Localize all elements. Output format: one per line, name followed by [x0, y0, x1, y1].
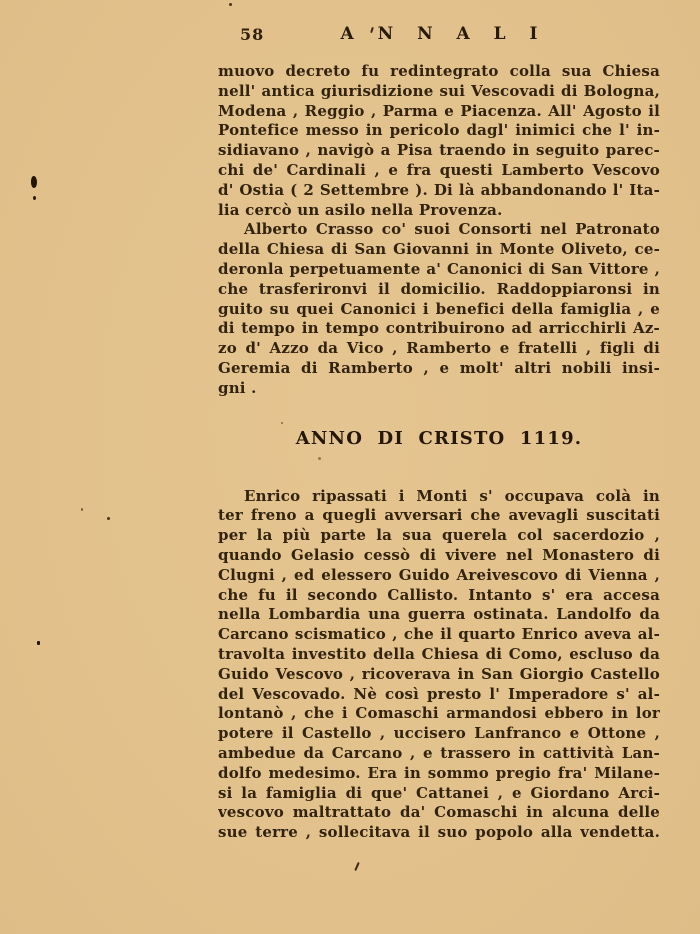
text-line: zo d' Azzo da Vico , Ramberto e fratelli…: [218, 339, 660, 359]
book-page-scan: 58 A N N A L I muovo decreto fu redinteg…: [0, 0, 700, 934]
ink-speck: [229, 3, 232, 6]
ink-speck: [354, 862, 359, 871]
paragraph-anno-1119: Enrico ripassati i Monti s' occupava col…: [218, 487, 660, 843]
text-line: Modena , Reggio , Parma e Piacenza. All'…: [218, 102, 660, 122]
ink-speck: [37, 641, 40, 645]
text-line: gni .: [218, 379, 660, 399]
text-line: Carcano scismatico , che il quarto Enric…: [218, 625, 660, 645]
text-line: sidiavano , navigò a Pisa traendo in seg…: [218, 141, 660, 161]
text-line: ambedue da Carcano , e trassero in catti…: [218, 744, 660, 764]
text-line: d' Ostia ( 2 Settembre ). Di là abbandon…: [218, 181, 660, 201]
text-line: potere il Castello , uccisero Lanfranco …: [218, 724, 660, 744]
text-line: della Chiesa di San Giovanni in Monte Ol…: [218, 240, 660, 260]
text-line: muovo decreto fu redintegrato colla sua …: [218, 62, 660, 82]
text-line: Guido Vescovo , ricoverava in San Giorgi…: [218, 665, 660, 685]
text-line: nella Lombardia una guerra ostinata. Lan…: [218, 605, 660, 625]
text-line: Alberto Crasso co' suoi Consorti nel Pat…: [218, 220, 660, 240]
text-line: nell' antica giurisdizione sui Vescovadi…: [218, 82, 660, 102]
paragraph-continuation: muovo decreto fu redintegrato colla sua …: [218, 62, 660, 220]
text-line: guito su quei Canonici i benefici della …: [218, 300, 660, 320]
text-line: travolta investito della Chiesa di Como,…: [218, 645, 660, 665]
running-title: A N N A L I: [218, 24, 660, 44]
year-heading: ANNO DI CRISTO 1119.: [218, 429, 660, 449]
text-line: dolfo medesimo. Era in sommo pregio fra'…: [218, 764, 660, 784]
text-line: chi de' Cardinali , e fra questi Lambert…: [218, 161, 660, 181]
text-line: che fu il secondo Callisto. Intanto s' e…: [218, 586, 660, 606]
text-line: Pontefice messo in pericolo dagl' inimic…: [218, 121, 660, 141]
ink-speck: [281, 422, 283, 424]
text-line: Geremia di Ramberto , e molt' altri nobi…: [218, 359, 660, 379]
text-line: deronla perpetuamente a' Canonici di San…: [218, 260, 660, 280]
text-line: lia cercò un asilo nella Provenza.: [218, 201, 660, 221]
text-line: del Vescovado. Nè così presto l' Imperad…: [218, 685, 660, 705]
text-line: che trasferironvi il domicilio. Raddoppi…: [218, 280, 660, 300]
ink-speck: [318, 457, 321, 460]
text-line: di tempo in tempo contribuirono ad arric…: [218, 319, 660, 339]
ink-speck: [31, 176, 37, 188]
text-column: muovo decreto fu redintegrato colla sua …: [218, 62, 660, 843]
text-line: si la famiglia di que' Cattanei , e Gior…: [218, 784, 660, 804]
text-line: sue terre , sollecitava il suo popolo al…: [218, 823, 660, 843]
ink-speck: [81, 508, 83, 511]
ink-speck: [33, 196, 36, 200]
text-line: Enrico ripassati i Monti s' occupava col…: [218, 487, 660, 507]
text-line: quando Gelasio cessò di vivere nel Monas…: [218, 546, 660, 566]
text-line: ter freno a quegli avversari che avevagl…: [218, 506, 660, 526]
text-line: Clugni , ed elessero Guido Areivescovo d…: [218, 566, 660, 586]
text-line: lontanò , che i Comaschi armandosi ebber…: [218, 704, 660, 724]
text-line: per la più parte la sua querela col sace…: [218, 526, 660, 546]
ink-speck: [107, 517, 110, 520]
text-line: vescovo maltrattato da' Comaschi in alcu…: [218, 803, 660, 823]
running-header: 58 A N N A L I: [218, 24, 660, 46]
paragraph-alberto-crasso: Alberto Crasso co' suoi Consorti nel Pat…: [218, 220, 660, 398]
